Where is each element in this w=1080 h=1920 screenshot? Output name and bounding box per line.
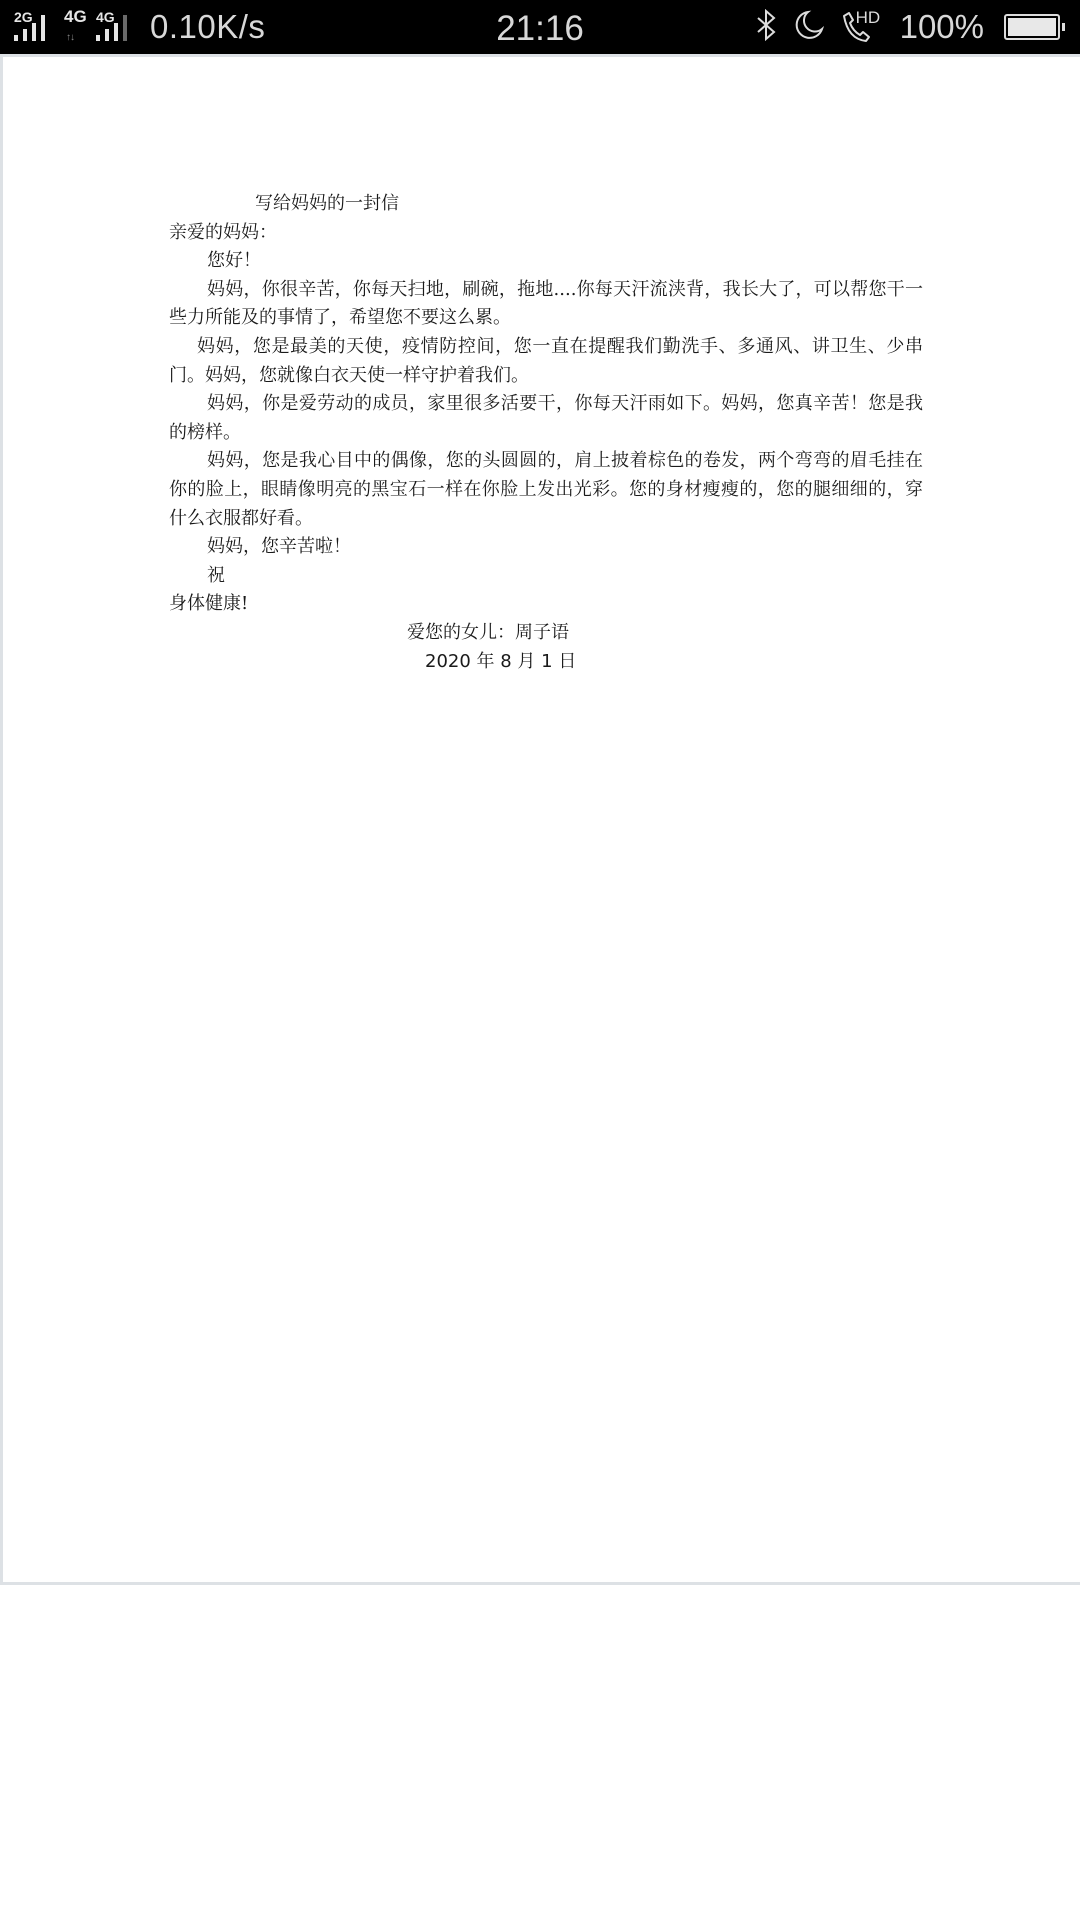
letter-body: 写给妈妈的一封信 亲爱的妈妈： 您好！ 妈妈，你很辛苦，你每天扫地，刷碗，拖地.… — [169, 190, 923, 676]
battery-percent: 100% — [900, 8, 984, 46]
paragraph-1: 妈妈，你很辛苦，你每天扫地，刷碗，拖地....你每天汗流浃背，我长大了，可以帮您… — [169, 276, 923, 333]
hd-call-icon: HD — [838, 10, 882, 44]
document-page[interactable]: 写给妈妈的一封信 亲爱的妈妈： 您好！ 妈妈，你很辛苦，你每天扫地，刷碗，拖地.… — [0, 54, 1080, 1585]
hd-label: HD — [856, 8, 881, 28]
greeting: 您好！ — [169, 247, 923, 276]
do-not-disturb-moon-icon — [794, 9, 824, 46]
paragraph-3: 妈妈，你是爱劳动的成员，家里很多活要干，你每天汗雨如下。妈妈，您真辛苦！您是我的… — [169, 390, 923, 447]
letter-date: 2020 年 8 月 1 日 — [169, 648, 923, 677]
closing-wish: 祝 — [169, 562, 923, 591]
paragraph-2: 妈妈，您是最美的天使，疫情防控间，您一直在提醒我们勤洗手、多通风、讲卫生、少串门… — [169, 333, 923, 390]
signature: 爱您的女儿：周子语 — [169, 619, 923, 648]
closing-wish-2: 身体健康! — [169, 590, 923, 619]
letter-title: 写给妈妈的一封信 — [169, 190, 923, 219]
salutation: 亲爱的妈妈： — [169, 219, 923, 248]
paragraph-4: 妈妈，您是我心目中的偶像，您的头圆圆的，肩上披着棕色的卷发，两个弯弯的眉毛挂在你… — [169, 447, 923, 533]
paragraph-5: 妈妈，您辛苦啦！ — [169, 533, 923, 562]
status-bar: 2G 4G ↑↓ 4G 0.10K/s 21:16 — [0, 0, 1080, 54]
status-bar-right: HD 100% — [754, 0, 1064, 54]
battery-icon — [1004, 14, 1060, 40]
bluetooth-icon — [754, 9, 780, 46]
